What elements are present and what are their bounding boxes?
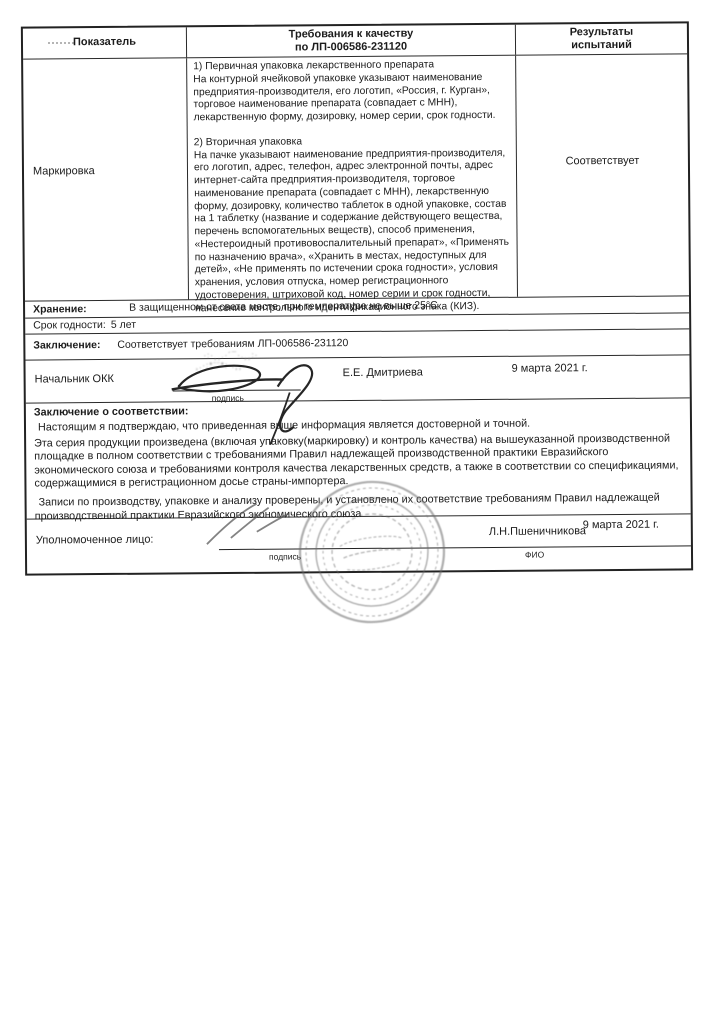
header-requirements-line2: по ЛП-006586-231120 [295,41,407,55]
conclusion-label: Заключение: [25,334,117,353]
storage-label: Хранение: [25,301,129,317]
column-header-requirements: Требования к качеству по ЛП-006586-23112… [187,25,516,58]
authorized-date: 9 марта 2021 г. [583,519,659,533]
requirement-secondary-body: На пачке указывают наименование предприя… [194,147,511,315]
requirement-primary-body: На контурной ячейковой упаковке указываю… [193,72,509,125]
result-cell: Соответствует [516,54,689,296]
column-header-results: Результаты испытаний [516,23,687,54]
authorized-name-caption: ФИО [525,549,544,562]
storage-value: В защищенном от света месте, при темпера… [129,298,438,314]
conclusion-value: Соответствует требованиям ЛП-006586-2311… [117,332,348,352]
signature-row-authorized: Уполномоченное лицо: подпись Л.Н.Пшеничн… [27,514,691,575]
header-results-line1: Результаты [570,25,634,39]
authorized-name: Л.Н.Пшеничникова [489,525,586,539]
conformity-paragraph-2: Эта серия продукции произведена (включая… [34,432,680,491]
conformity-section: Заключение о соответствии: Настоящим я п… [26,398,691,519]
header-requirements-line1: Требования к качеству [289,27,414,41]
header-indicator-label: Показатель [73,36,136,50]
column-header-indicator: Показатель [23,27,187,58]
indicator-marking-label: Маркировка [33,165,95,177]
authorized-signature-line [219,545,691,550]
authorized-signature-caption: подпись [269,550,301,563]
quality-certificate-table: Показатель Требования к качеству по ЛП-0… [21,21,693,575]
requirements-cell: 1) Первичная упаковка лекарственного пре… [187,56,518,300]
scanned-quality-certificate-page: Показатель Требования к качеству по ЛП-0… [0,0,716,1024]
result-value: Соответствует [566,155,640,168]
indicator-cell: Маркировка [23,58,189,300]
shelf-life-label: Срок годности: [25,318,106,333]
okk-title: Начальник ОКК [35,373,114,387]
shelf-life-value: 5 лет [106,318,136,332]
okk-date: 9 марта 2021 г. [512,362,588,376]
faint-stamp-imprint-2: ¸.·:*¨¨*:·.¸¸· [195,360,246,373]
header-results-line2: испытаний [571,39,632,53]
table-row-marking: Маркировка 1) Первичная упаковка лекарст… [23,54,689,301]
okk-name: Е.Е. Дмитриева [343,366,423,380]
table-header-row: Показатель Требования к качеству по ЛП-0… [23,23,687,59]
authorized-title: Уполномоченное лицо: [36,534,154,548]
signature-row-okk: Начальник ОКК ·:·¸¸.·´¯·.¸¸:· ¸.·:*¨¨*:·… [25,355,689,403]
